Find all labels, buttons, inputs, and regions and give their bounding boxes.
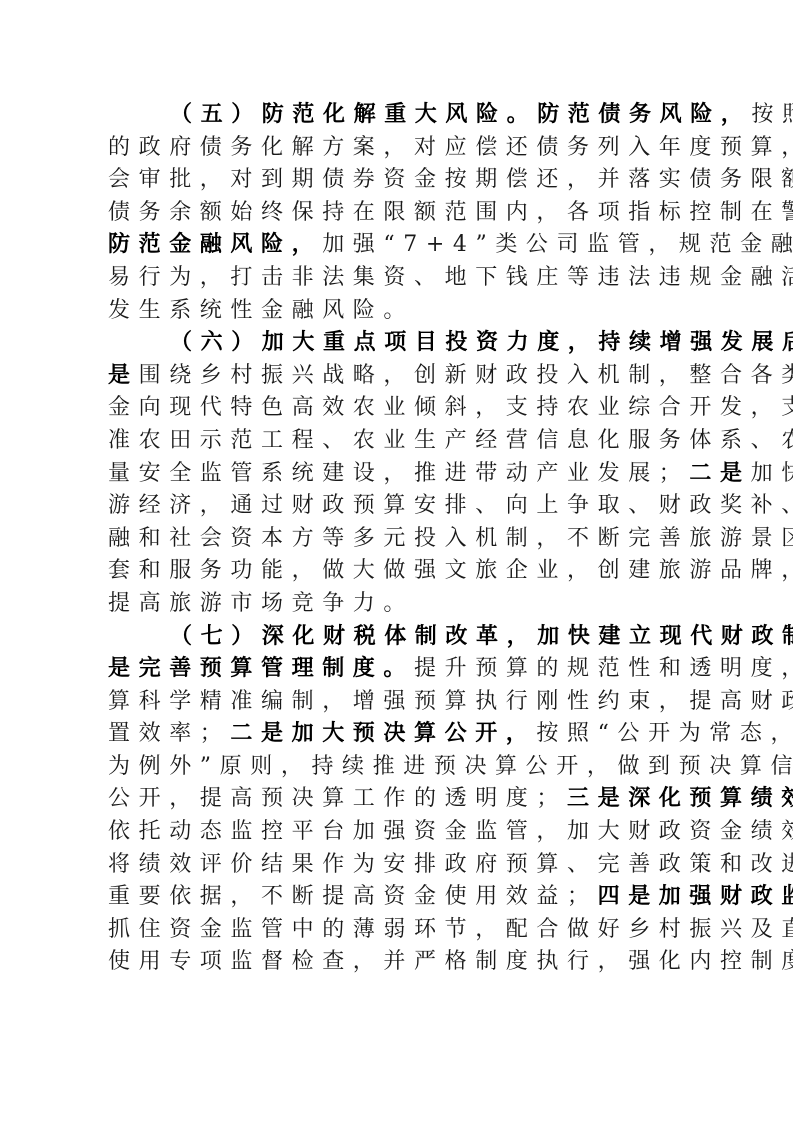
text-line: 重要依据，不断提高资金使用效益；四是加强财政监督检查。 bbox=[108, 881, 698, 914]
body-text: 准农田示范工程、农业生产经营信息化服务体系、农产品质 bbox=[108, 428, 793, 453]
text-line: 置效率；二是加大预决算公开，按照“公开为常态，不公开 bbox=[108, 718, 698, 751]
text-line: 融和社会资本方等多元投入机制，不断完善旅游景区基础配 bbox=[108, 523, 698, 556]
text-line: 是完善预算管理制度。提升预算的规范性和透明度，推进预 bbox=[108, 653, 698, 686]
body-text: 易行为，打击非法集资、地下钱庄等违法违规金融活动，不 bbox=[108, 265, 793, 290]
body-text: 提高旅游市场竞争力。 bbox=[108, 591, 414, 616]
body-text: 会审批，对到期债券资金按期偿还，并落实债务限额管理， bbox=[108, 167, 793, 192]
text-line: （七）深化财税体制改革，加快建立现代财政制度。一 bbox=[108, 621, 698, 654]
bold-heading-text: 四是加强财政监督检查。 bbox=[598, 884, 793, 909]
body-text: 重要依据，不断提高资金使用效益； bbox=[108, 884, 598, 909]
text-line: 游经济，通过财政预算安排、向上争取、财政奖补、引进金 bbox=[108, 490, 698, 523]
text-line: 套和服务功能，做大做强文旅企业，创建旅游品牌，进一步 bbox=[108, 555, 698, 588]
body-text: 加快发展旅 bbox=[751, 461, 793, 486]
body-text: 按照已制定 bbox=[751, 102, 793, 127]
body-text: 为例外”原则，持续推进预决算公开，做到预决算信息 100% bbox=[108, 754, 793, 779]
text-line: 会审批，对到期债券资金按期偿还，并落实债务限额管理， bbox=[108, 164, 698, 197]
text-line: 准农田示范工程、农业生产经营信息化服务体系、农产品质 bbox=[108, 425, 698, 458]
text-line: 是围绕乡村振兴战略，创新财政投入机制，整合各类涉农资 bbox=[108, 360, 698, 393]
text-line: 将绩效评价结果作为安排政府预算、完善政策和改进管理的 bbox=[108, 849, 698, 882]
body-text: 按照“公开为常态，不公开 bbox=[536, 721, 793, 746]
text-line: 使用专项监督检查，并严格制度执行，强化内控制度落实， bbox=[108, 946, 698, 979]
text-line: 发生系统性金融风险。 bbox=[108, 295, 698, 328]
document-page: （五）防范化解重大风险。防范债务风险，按照已制定的政府债务化解方案，对应偿还债务… bbox=[108, 99, 698, 979]
text-line: 算科学精准编制，增强预算执行刚性约束，提高财政资源配 bbox=[108, 686, 698, 719]
bold-heading-text: 是 bbox=[108, 363, 139, 388]
body-text: 债务余额始终保持在限额范围内，各项指标控制在警戒线内； bbox=[108, 200, 793, 225]
text-line: 公开，提高预决算工作的透明度；三是深化预算绩效管理。 bbox=[108, 783, 698, 816]
paragraph-p5: （五）防范化解重大风险。防范债务风险，按照已制定的政府债务化解方案，对应偿还债务… bbox=[108, 99, 698, 327]
body-text: 的政府债务化解方案，对应偿还债务列入年度预算，报人大 bbox=[108, 135, 793, 160]
body-text: 置效率； bbox=[108, 721, 230, 746]
body-text: 金向现代特色高效农业倾斜，支持农业综合开发，支持高标 bbox=[108, 395, 793, 420]
text-line: 金向现代特色高效农业倾斜，支持农业综合开发，支持高标 bbox=[108, 392, 698, 425]
body-text: 加强“7+4”类公司监管，规范金融市场交 bbox=[322, 232, 793, 257]
body-text: 公开，提高预决算工作的透明度； bbox=[108, 786, 567, 811]
text-line: （五）防范化解重大风险。防范债务风险，按照已制定 bbox=[108, 99, 698, 132]
bold-heading-text: 是完善预算管理制度。 bbox=[108, 656, 414, 681]
text-line: 债务余额始终保持在限额范围内，各项指标控制在警戒线内； bbox=[108, 197, 698, 230]
body-text: 发生系统性金融风险。 bbox=[108, 298, 414, 323]
body-text: 依托动态监控平台加强资金监管，加大财政资金绩效评价， bbox=[108, 819, 793, 844]
bold-heading-text: 防范金融风险， bbox=[108, 232, 322, 257]
body-text: 游经济，通过财政预算安排、向上争取、财政奖补、引进金 bbox=[108, 493, 793, 518]
body-text: 提升预算的规范性和透明度，推进预 bbox=[414, 656, 793, 681]
text-line: 防范金融风险，加强“7+4”类公司监管，规范金融市场交 bbox=[108, 229, 698, 262]
text-line: 量安全监管系统建设，推进带动产业发展；二是加快发展旅 bbox=[108, 458, 698, 491]
bold-heading-text: （七）深化财税体制改革，加快建立现代财政制度。一 bbox=[170, 624, 793, 649]
body-text: 抓住资金监管中的薄弱环节，配合做好乡村振兴及直达资金 bbox=[108, 917, 793, 942]
text-line: 抓住资金监管中的薄弱环节，配合做好乡村振兴及直达资金 bbox=[108, 914, 698, 947]
text-line: 依托动态监控平台加强资金监管，加大财政资金绩效评价， bbox=[108, 816, 698, 849]
paragraph-p7: （七）深化财税体制改革，加快建立现代财政制度。一是完善预算管理制度。提升预算的规… bbox=[108, 621, 698, 980]
body-text: 融和社会资本方等多元投入机制，不断完善旅游景区基础配 bbox=[108, 526, 793, 551]
bold-heading-text: （六）加大重点项目投资力度，持续增强发展后劲。一 bbox=[170, 330, 793, 355]
text-line: 提高旅游市场竞争力。 bbox=[108, 588, 698, 621]
text-line: 为例外”原则，持续推进预决算公开，做到预决算信息 100% bbox=[108, 751, 698, 784]
text-line: （六）加大重点项目投资力度，持续增强发展后劲。一 bbox=[108, 327, 698, 360]
bold-heading-text: 二是 bbox=[689, 461, 750, 486]
bold-heading-text: 三是深化预算绩效管理。 bbox=[567, 786, 793, 811]
body-text: 套和服务功能，做大做强文旅企业，创建旅游品牌，进一步 bbox=[108, 558, 793, 583]
text-line: 易行为，打击非法集资、地下钱庄等违法违规金融活动，不 bbox=[108, 262, 698, 295]
body-text: 围绕乡村振兴战略，创新财政投入机制，整合各类涉农资 bbox=[139, 363, 793, 388]
body-text: 将绩效评价结果作为安排政府预算、完善政策和改进管理的 bbox=[108, 852, 793, 877]
paragraph-p6: （六）加大重点项目投资力度，持续增强发展后劲。一是围绕乡村振兴战略，创新财政投入… bbox=[108, 327, 698, 620]
bold-heading-text: （五）防范化解重大风险。防范债务风险， bbox=[170, 102, 751, 127]
body-text: 使用专项监督检查，并严格制度执行，强化内控制度落实， bbox=[108, 949, 793, 974]
body-text: 算科学精准编制，增强预算执行刚性约束，提高财政资源配 bbox=[108, 689, 793, 714]
text-line: 的政府债务化解方案，对应偿还债务列入年度预算，报人大 bbox=[108, 132, 698, 165]
body-text: 量安全监管系统建设，推进带动产业发展； bbox=[108, 461, 689, 486]
bold-heading-text: 二是加大预决算公开， bbox=[230, 721, 536, 746]
